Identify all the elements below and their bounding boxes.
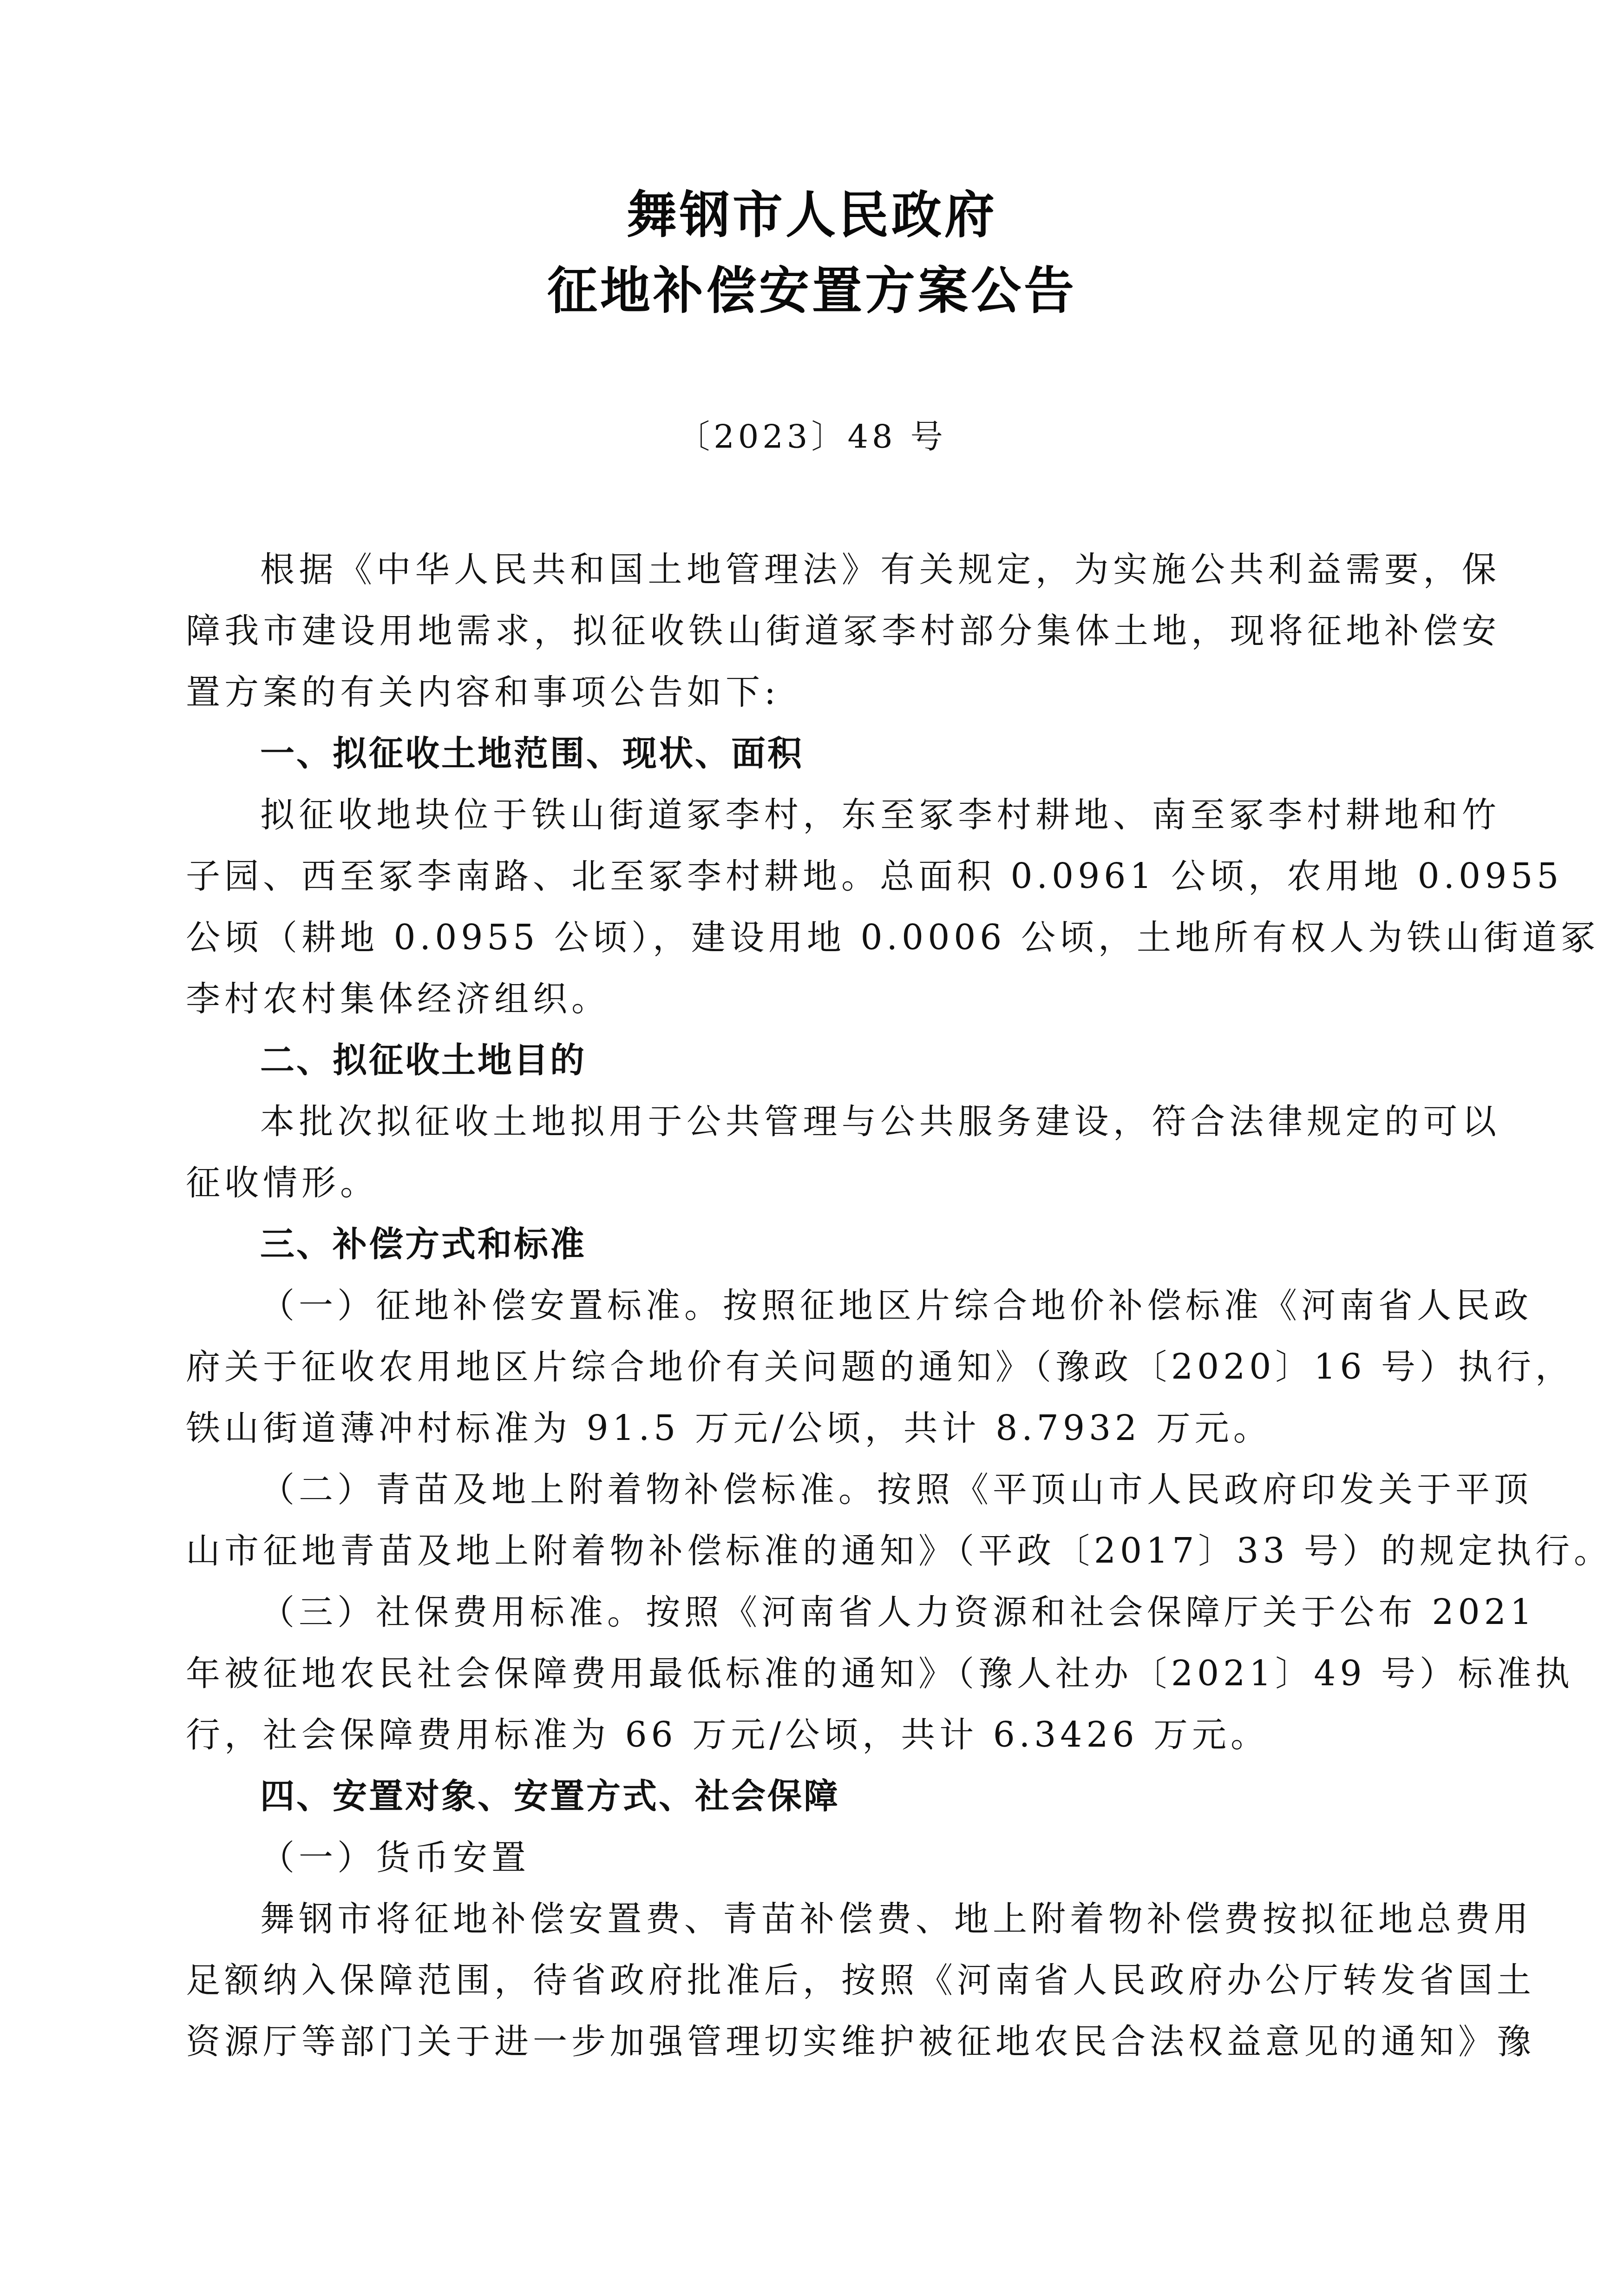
section-heading: 三、补偿方式和标准 [186,1214,1500,1275]
body-text-line: 行，社会保障费用标准为 66 万元/公顷，共计 6.3426 万元。 [186,1704,1500,1766]
title-issuer: 舞钢市人民政府 [0,191,1624,241]
body-text-line: 年被征地农民社会保障费用最低标准的通知》（豫人社办〔2021〕49 号）标准执 [186,1643,1500,1704]
body-text-line: 本批次拟征收土地拟用于公共管理与公共服务建设，符合法律规定的可以 [186,1091,1500,1152]
document-title: 舞钢市人民政府 征地补偿安置方案公告 [0,191,1624,316]
body-text-line: 李村农村集体经济组织。 [186,968,1500,1030]
section-heading: 一、拟征收土地范围、现状、面积 [186,723,1500,784]
body-text-line: 根据《中华人民共和国土地管理法》有关规定，为实施公共利益需要，保 [186,539,1500,600]
section-heading: 二、拟征收土地目的 [186,1030,1500,1091]
body-text-line: 公顷（耕地 0.0955 公顷），建设用地 0.0006 公顷，土地所有权人为铁… [186,907,1500,968]
document-body: 根据《中华人民共和国土地管理法》有关规定，为实施公共利益需要，保障我市建设用地需… [186,539,1500,2072]
body-text-line: 征收情形。 [186,1152,1500,1214]
section-heading: 四、安置对象、安置方式、社会保障 [186,1766,1500,1827]
body-text-line: 资源厅等部门关于进一步加强管理切实维护被征地农民合法权益意见的通知》豫 [186,2011,1500,2072]
body-text-line: 山市征地青苗及地上附着物补偿标准的通知》（平政〔2017〕33 号）的规定执行。 [186,1520,1500,1582]
body-text-line: 障我市建设用地需求，拟征收铁山街道冢李村部分集体土地，现将征地补偿安 [186,600,1500,662]
body-text-line: 置方案的有关内容和事项公告如下: [186,662,1500,723]
body-text-line: 子园、西至冢李南路、北至冢李村耕地。总面积 0.0961 公顷，农用地 0.09… [186,846,1500,907]
body-text-line: （一）货币安置 [186,1827,1500,1888]
body-text-line: 府关于征收农用地区片综合地价有关问题的通知》（豫政〔2020〕16 号）执行， [186,1336,1500,1398]
body-text-line: （二）青苗及地上附着物补偿标准。按照《平顶山市人民政府印发关于平顶 [186,1459,1500,1520]
body-text-line: （一）征地补偿安置标准。按照征地区片综合地价补偿标准《河南省人民政 [186,1275,1500,1336]
document-number: 〔2023〕48 号 [0,418,1624,455]
document-page: 舞钢市人民政府 征地补偿安置方案公告 〔2023〕48 号 根据《中华人民共和国… [0,0,1624,2287]
body-text-line: （三）社保费用标准。按照《河南省人力资源和社会保障厅关于公布 2021 [186,1582,1500,1643]
body-text-line: 舞钢市将征地补偿安置费、青苗补偿费、地上附着物补偿费按拟征地总费用 [186,1888,1500,1950]
body-text-line: 足额纳入保障范围，待省政府批准后，按照《河南省人民政府办公厅转发省国土 [186,1950,1500,2011]
body-text-line: 铁山街道薄冲村标准为 91.5 万元/公顷，共计 8.7932 万元。 [186,1398,1500,1459]
title-subject: 征地补偿安置方案公告 [0,266,1624,316]
body-text-line: 拟征收地块位于铁山街道冢李村，东至冢李村耕地、南至冢李村耕地和竹 [186,784,1500,846]
